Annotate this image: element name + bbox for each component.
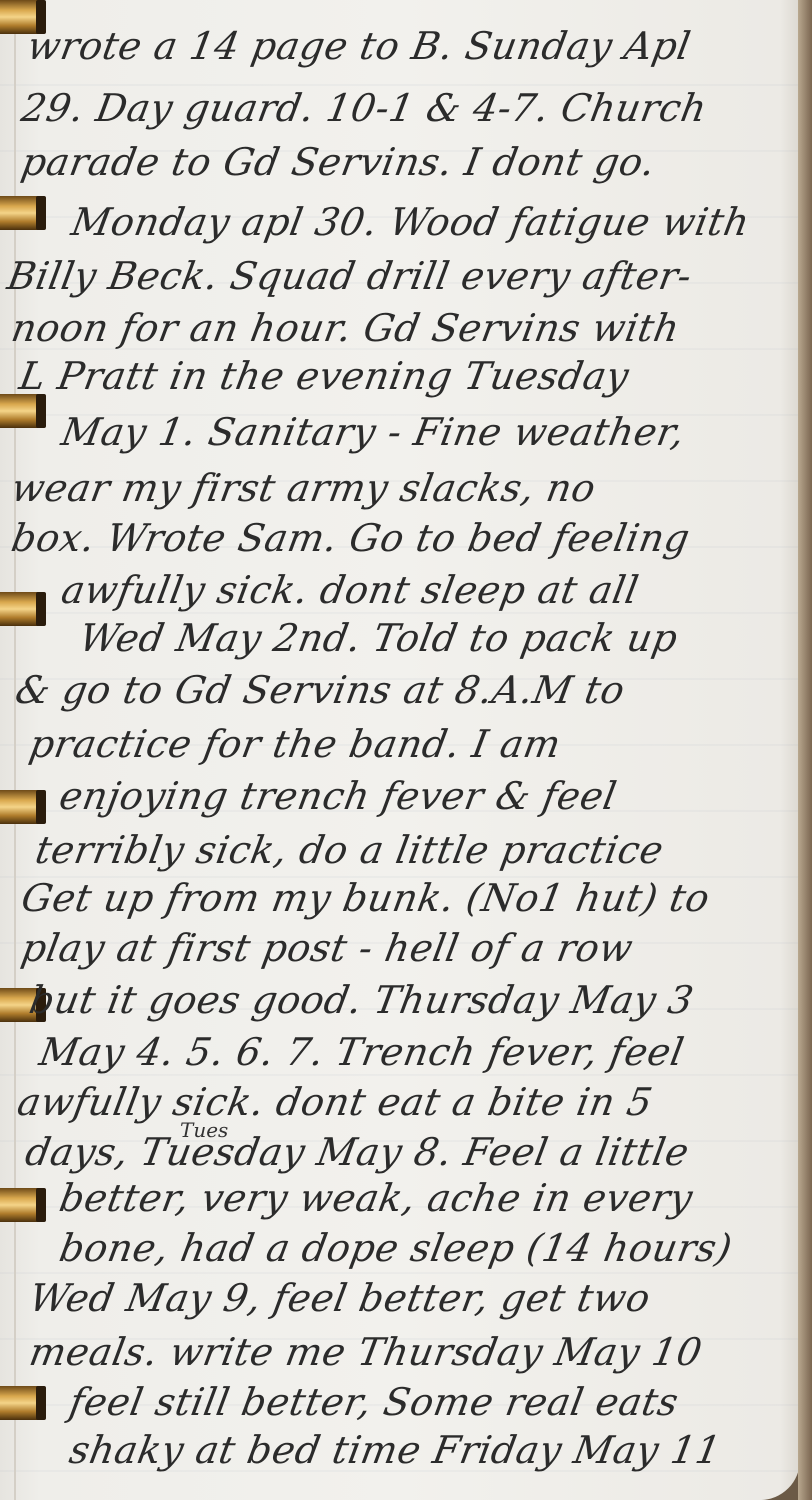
text-line: feel still better, Some real eats — [66, 1380, 682, 1424]
text-line: play at first post - hell of a row — [18, 926, 636, 970]
text-line: Billy Beck. Squad drill every after- — [4, 254, 695, 298]
text-line: Get up from my bunk. (No1 hut) to — [18, 876, 713, 920]
text-line: L Pratt in the evening Tuesday — [16, 354, 632, 398]
notebook-cover-edge — [798, 0, 812, 1500]
text-line: Wed May 2nd. Told to pack up — [76, 616, 681, 660]
text-line: practice for the band. I am — [26, 722, 564, 766]
text-line: box. Wrote Sam. Go to bed feeling — [8, 516, 693, 560]
text-line: Monday apl 30. Wood fatigue with — [68, 200, 753, 244]
text-line: 29. Day guard. 10-1 & 4-7. Church — [18, 86, 710, 130]
text-line: better, very weak, ache in every — [56, 1176, 696, 1220]
text-line: but it goes good. Thursday May 3 — [26, 978, 697, 1022]
text-line: days, Tuesday May 8. Feel a little — [22, 1130, 692, 1174]
text-line: parade to Gd Servins. I dont go. — [18, 140, 659, 184]
text-line: meals. write me Thursday May 10 — [26, 1330, 705, 1374]
text-line: shaky at bed time Friday May 11 — [66, 1428, 724, 1472]
text-line: bone, had a dope sleep (14 hours) — [56, 1226, 736, 1270]
text-line: awfully sick. dont eat a bite in 5 — [14, 1080, 656, 1124]
text-line: May 4. 5. 6. 7. Trench fever, feel — [36, 1030, 687, 1074]
text-line: noon for an hour. Gd Servins with — [8, 306, 683, 350]
text-line: enjoying trench fever & feel — [56, 774, 620, 818]
text-line: wear my first army slacks, no — [8, 466, 599, 510]
text-line: terribly sick, do a little practice — [32, 828, 667, 872]
text-line: May 1. Sanitary - Fine weather, — [58, 410, 688, 454]
handwritten-text: wrote a 14 page to B. Sunday Apl 29. Day… — [0, 0, 800, 1500]
text-line: awfully sick. dont sleep at all — [58, 568, 642, 612]
inserted-correction: Tues — [180, 1118, 228, 1142]
text-line: & go to Gd Servins at 8.A.M to — [12, 668, 628, 712]
text-line: Wed May 9, feel better, get two — [26, 1276, 654, 1320]
text-line: wrote a 14 page to B. Sunday Apl — [24, 24, 694, 68]
diary-page: wrote a 14 page to B. Sunday Apl 29. Day… — [0, 0, 800, 1500]
